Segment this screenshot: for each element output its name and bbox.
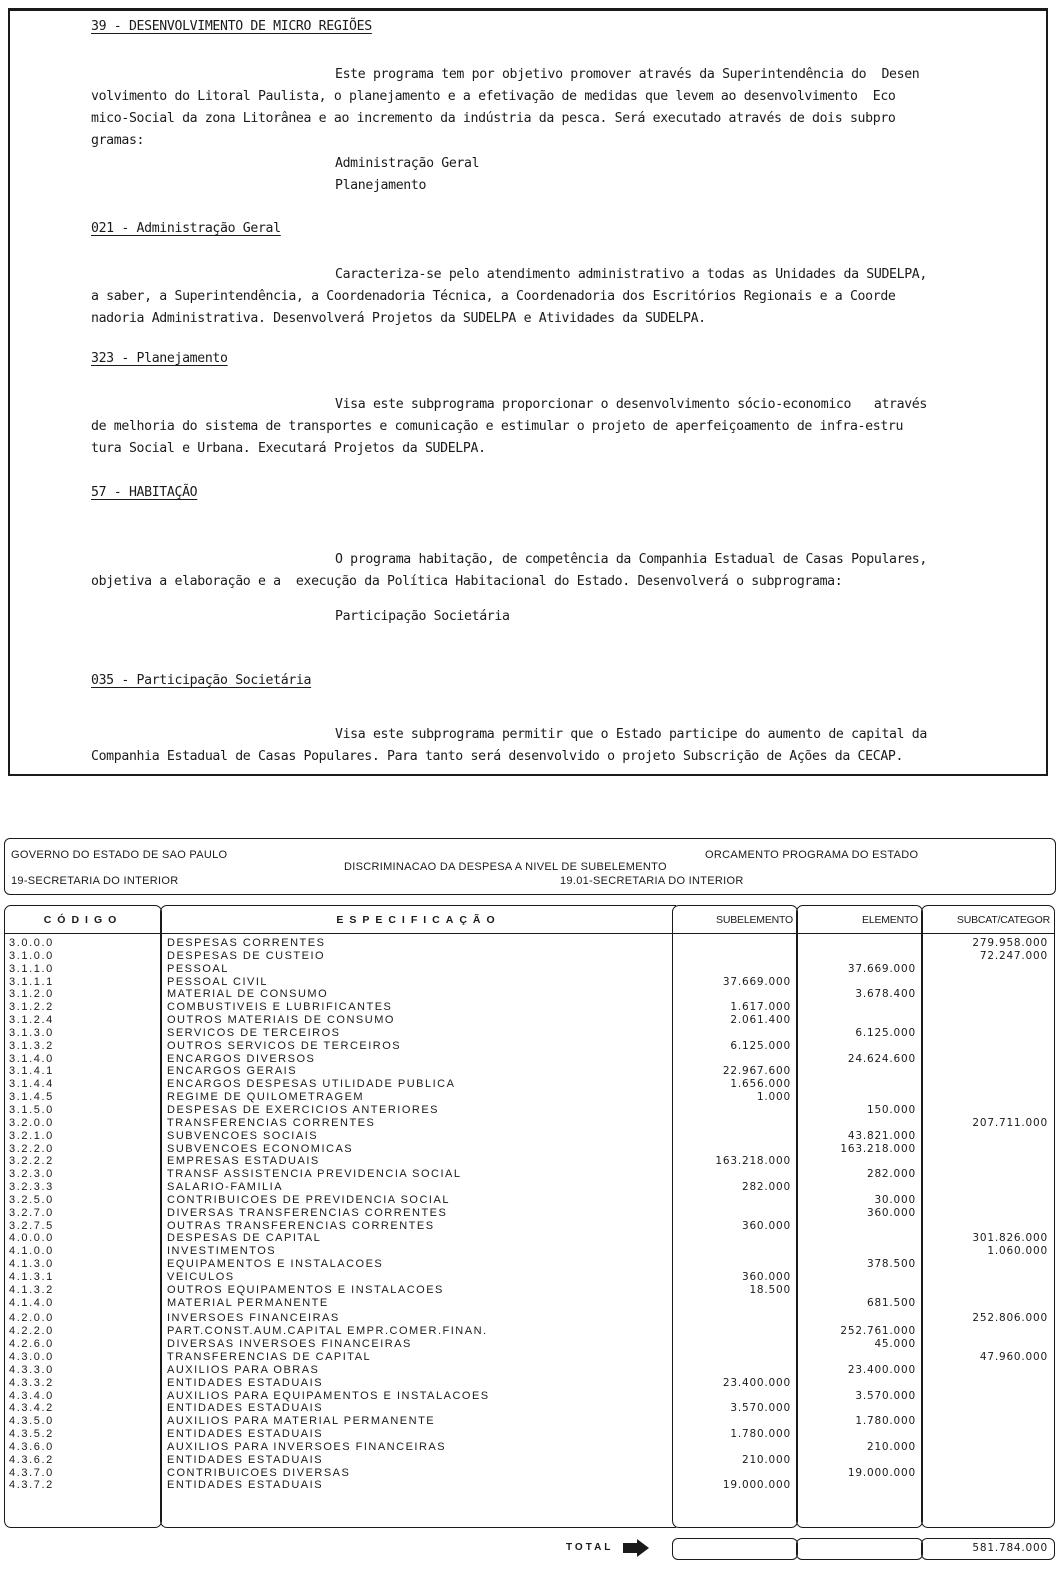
table-cell-elem xyxy=(797,1479,922,1492)
table-cell-spec: DIVERSAS TRANSFERENCIAS CORRENTES xyxy=(161,1207,676,1220)
table-cell-code: 4.0.0.0 xyxy=(5,1232,161,1245)
section-heading-035: 035 - Participação Societária xyxy=(91,673,311,689)
table-cell-elem xyxy=(797,937,922,950)
table-cell-cat xyxy=(922,1194,1054,1207)
table-cell-cat: 252.806.000 xyxy=(922,1312,1054,1325)
table-cell-sub: 282.000 xyxy=(673,1181,797,1194)
table-cell-elem: 681.500 xyxy=(797,1297,922,1310)
table-cell-sub: 3.570.000 xyxy=(673,1402,797,1415)
table-cell-sub: 2.061.400 xyxy=(673,1014,797,1027)
table-cell-sub xyxy=(673,1338,797,1351)
table-cell-sub: 18.500 xyxy=(673,1284,797,1297)
table-cell-spec: SERVICOS DE TERCEIROS xyxy=(161,1027,676,1040)
paragraph-line: Este programa tem por objetivo promover … xyxy=(335,67,919,83)
table-cell-elem xyxy=(797,1402,922,1415)
table-cell-sub xyxy=(673,1312,797,1325)
table-cell-spec: ENCARGOS GERAIS xyxy=(161,1065,676,1078)
table-cell-spec: OUTROS EQUIPAMENTOS E INSTALACOES xyxy=(161,1284,676,1297)
table-cell-spec: CONTRIBUICOES DIVERSAS xyxy=(161,1467,676,1480)
paragraph-line: volvimento do Litoral Paulista, o planej… xyxy=(91,89,896,105)
table-cell-spec: SUBVENCOES SOCIAIS xyxy=(161,1130,676,1143)
column-header-especificacao: ESPECIFICAÇÃO xyxy=(161,906,676,934)
table-cell-elem xyxy=(797,1245,922,1258)
table-cell-elem xyxy=(797,950,922,963)
section-heading-323: 323 - Planejamento xyxy=(91,351,228,367)
table-cell-spec: COMBUSTIVEIS E LUBRIFICANTES xyxy=(161,1001,676,1014)
table-cell-sub: 360.000 xyxy=(673,1271,797,1284)
table-cell-cat xyxy=(922,1390,1054,1403)
table-cell-elem xyxy=(797,1284,922,1297)
table-cell-elem: 210.000 xyxy=(797,1441,922,1454)
table-cell-cat xyxy=(922,1364,1054,1377)
table-cell-elem: 252.761.000 xyxy=(797,1325,922,1338)
table-cell-sub: 23.400.000 xyxy=(673,1377,797,1390)
table-cell-cat xyxy=(922,1168,1054,1181)
table-cell-elem: 150.000 xyxy=(797,1104,922,1117)
table-cell-cat xyxy=(922,1297,1054,1310)
table-cell-elem xyxy=(797,976,922,989)
table-cell-code: 4.1.3.1 xyxy=(5,1271,161,1284)
table-cell-sub xyxy=(673,1325,797,1338)
table-cell-spec: MATERIAL PERMANENTE xyxy=(161,1297,676,1310)
paragraph-line: nadoria Administrativa. Desenvolverá Pro… xyxy=(91,311,706,327)
table-cell-cat xyxy=(922,1143,1054,1156)
column-header-elemento: ELEMENTO xyxy=(797,906,922,934)
table-cell-cat xyxy=(922,1220,1054,1233)
table-cell-spec: DIVERSAS INVERSOES FINANCEIRAS xyxy=(161,1338,676,1351)
table-cell-code: 3.1.2.4 xyxy=(5,1014,161,1027)
paragraph-line: tura Social e Urbana. Executará Projetos… xyxy=(91,441,486,457)
paragraph-line: Caracteriza-se pelo atendimento administ… xyxy=(335,267,927,283)
program-description-section: 39 - DESENVOLVIMENTO DE MICRO REGIÕES Es… xyxy=(8,8,1048,776)
column-header-subelemento: SUBELEMENTO xyxy=(673,906,797,934)
unit-name: 19.01-SECRETARIA DO INTERIOR xyxy=(560,875,744,887)
table-cell-code: 4.2.2.0 xyxy=(5,1325,161,1338)
section-heading-021: 021 - Administração Geral xyxy=(91,221,281,237)
column-header-codigo: CÓDIGO xyxy=(5,906,161,934)
table-cell-cat xyxy=(922,1155,1054,1168)
table-cell-elem xyxy=(797,1312,922,1325)
column-subelemento: SUBELEMENTO 37.669.0001.617.0002.061.400… xyxy=(672,905,798,1528)
table-cell-cat xyxy=(922,1415,1054,1428)
table-cell-cat xyxy=(922,1258,1054,1271)
table-cell-code: 3.1.2.0 xyxy=(5,988,161,1001)
subprogram-list-item: Planejamento xyxy=(335,178,426,194)
table-cell-code: 4.1.0.0 xyxy=(5,1245,161,1258)
table-cell-cat xyxy=(922,1428,1054,1441)
section-heading-39: 39 - DESENVOLVIMENTO DE MICRO REGIÕES xyxy=(91,19,372,35)
table-cell-cat xyxy=(922,963,1054,976)
total-label: TOTAL xyxy=(566,1542,613,1553)
table-cell-sub xyxy=(673,1130,797,1143)
table-cell-elem xyxy=(797,1117,922,1130)
table-cell-spec: ENTIDADES ESTADUAIS xyxy=(161,1402,676,1415)
table-cell-elem: 24.624.600 xyxy=(797,1053,922,1066)
table-cell-cat xyxy=(922,1078,1054,1091)
table-cell-cat xyxy=(922,1014,1054,1027)
table-cell-sub xyxy=(673,950,797,963)
table-cell-spec: CONTRIBUICOES DE PREVIDENCIA SOCIAL xyxy=(161,1194,676,1207)
table-cell-elem: 37.669.000 xyxy=(797,963,922,976)
table-cell-sub xyxy=(673,1245,797,1258)
table-cell-sub xyxy=(673,1390,797,1403)
table-cell-sub: 37.669.000 xyxy=(673,976,797,989)
table-cell-elem: 19.000.000 xyxy=(797,1467,922,1480)
table-cell-spec: OUTROS MATERIAIS DE CONSUMO xyxy=(161,1014,676,1027)
table-cell-spec: REGIME DE QUILOMETRAGEM xyxy=(161,1091,676,1104)
table-cell-spec: AUXILIOS PARA MATERIAL PERMANENTE xyxy=(161,1415,676,1428)
table-cell-spec: DESPESAS DE CUSTEIO xyxy=(161,950,676,963)
table-cell-cat xyxy=(922,1271,1054,1284)
table-cell-elem xyxy=(797,1078,922,1091)
table-cell-sub xyxy=(673,1027,797,1040)
table-cell-spec: INVERSOES FINANCEIRAS xyxy=(161,1312,676,1325)
table-cell-sub: 22.967.600 xyxy=(673,1065,797,1078)
table-cell-cat: 47.960.000 xyxy=(922,1351,1054,1364)
table-cell-code: 3.2.3.3 xyxy=(5,1181,161,1194)
table-cell-code: 4.3.7.2 xyxy=(5,1479,161,1492)
table-cell-cat xyxy=(922,988,1054,1001)
paragraph-line: Visa este subprograma permitir que o Est… xyxy=(335,727,927,743)
table-cell-spec: VEICULOS xyxy=(161,1271,676,1284)
categoria-cells: 279.958.00072.247.000207.711.000301.826.… xyxy=(922,937,1054,1492)
table-cell-spec: TRANSFERENCIAS CORRENTES xyxy=(161,1117,676,1130)
table-cell-cat xyxy=(922,1402,1054,1415)
table-cell-cat xyxy=(922,1040,1054,1053)
table-cell-elem: 282.000 xyxy=(797,1168,922,1181)
table-cell-cat xyxy=(922,1181,1054,1194)
table-cell-spec: DESPESAS DE CAPITAL xyxy=(161,1232,676,1245)
table-cell-cat: 279.958.000 xyxy=(922,937,1054,950)
table-cell-sub xyxy=(673,1053,797,1066)
table-cell-elem: 3.678.400 xyxy=(797,988,922,1001)
table-cell-code: 4.1.3.0 xyxy=(5,1258,161,1271)
table-cell-cat xyxy=(922,1065,1054,1078)
table-cell-sub xyxy=(673,1168,797,1181)
secretariat-name: 19-SECRETARIA DO INTERIOR xyxy=(11,875,178,887)
table-cell-cat xyxy=(922,1130,1054,1143)
table-cell-code: 4.2.0.0 xyxy=(5,1312,161,1325)
table-cell-spec: PESSOAL xyxy=(161,963,676,976)
table-cell-elem: 43.821.000 xyxy=(797,1130,922,1143)
table-cell-cat xyxy=(922,1207,1054,1220)
table-cell-spec: MATERIAL DE CONSUMO xyxy=(161,988,676,1001)
paragraph-line: gramas: xyxy=(91,133,144,149)
table-cell-elem xyxy=(797,1181,922,1194)
table-cell-sub: 6.125.000 xyxy=(673,1040,797,1053)
table-cell-code: 3.1.2.2 xyxy=(5,1001,161,1014)
table-cell-code: 4.3.4.2 xyxy=(5,1402,161,1415)
table-cell-elem xyxy=(797,1091,922,1104)
table-cell-code: 4.3.5.2 xyxy=(5,1428,161,1441)
column-codigo: CÓDIGO 3.0.0.03.1.0.03.1.1.03.1.1.13.1.2… xyxy=(4,905,162,1528)
subprogram-list-item: Participação Societária xyxy=(335,609,510,625)
table-cell-elem xyxy=(797,1001,922,1014)
table-cell-code: 3.2.5.0 xyxy=(5,1194,161,1207)
table-cell-code: 3.2.7.0 xyxy=(5,1207,161,1220)
table-cell-sub xyxy=(673,1441,797,1454)
table-cell-code: 3.2.0.0 xyxy=(5,1117,161,1130)
table-cell-spec: PESSOAL CIVIL xyxy=(161,976,676,989)
table-cell-code: 3.1.0.0 xyxy=(5,950,161,963)
table-cell-sub xyxy=(673,1467,797,1480)
codigo-cells: 3.0.0.03.1.0.03.1.1.03.1.1.13.1.2.03.1.2… xyxy=(5,937,161,1492)
table-cell-spec: SALARIO-FAMILIA xyxy=(161,1181,676,1194)
paragraph-line: objetiva a elaboração e a execução da Po… xyxy=(91,574,842,590)
table-cell-elem xyxy=(797,1271,922,1284)
table-cell-code: 3.1.4.0 xyxy=(5,1053,161,1066)
table-cell-elem: 6.125.000 xyxy=(797,1027,922,1040)
table-cell-elem xyxy=(797,1232,922,1245)
table-cell-code: 3.1.3.0 xyxy=(5,1027,161,1040)
table-cell-spec: DESPESAS CORRENTES xyxy=(161,937,676,950)
table-cell-elem xyxy=(797,1377,922,1390)
table-cell-code: 3.2.7.5 xyxy=(5,1220,161,1233)
table-cell-sub xyxy=(673,1194,797,1207)
table-cell-spec: ENCARGOS DESPESAS UTILIDADE PUBLICA xyxy=(161,1078,676,1091)
especificacao-cells: DESPESAS CORRENTESDESPESAS DE CUSTEIOPES… xyxy=(161,937,676,1492)
table-cell-spec: DESPESAS DE EXERCICIOS ANTERIORES xyxy=(161,1104,676,1117)
paragraph-line: Companhia Estadual de Casas Populares. P… xyxy=(91,749,903,765)
table-cell-code: 4.3.7.0 xyxy=(5,1467,161,1480)
column-elemento: ELEMENTO 37.669.0003.678.4006.125.00024.… xyxy=(796,905,923,1528)
table-cell-spec: EQUIPAMENTOS E INSTALACOES xyxy=(161,1258,676,1271)
table-cell-spec: TRANSFERENCIAS DE CAPITAL xyxy=(161,1351,676,1364)
table-cell-spec: TRANSF ASSISTENCIA PREVIDENCIA SOCIAL xyxy=(161,1168,676,1181)
table-cell-sub: 19.000.000 xyxy=(673,1479,797,1492)
table-cell-sub: 1.656.000 xyxy=(673,1078,797,1091)
expense-table: CÓDIGO 3.0.0.03.1.0.03.1.1.03.1.1.13.1.2… xyxy=(4,905,1056,1555)
table-cell-elem xyxy=(797,1428,922,1441)
table-cell-spec: AUXILIOS PARA INVERSOES FINANCEIRAS xyxy=(161,1441,676,1454)
table-cell-code: 3.1.1.1 xyxy=(5,976,161,989)
table-cell-code: 3.2.2.0 xyxy=(5,1143,161,1156)
table-cell-sub xyxy=(673,1258,797,1271)
table-cell-sub: 163.218.000 xyxy=(673,1155,797,1168)
table-cell-elem: 378.500 xyxy=(797,1258,922,1271)
table-cell-code: 4.3.3.2 xyxy=(5,1377,161,1390)
table-cell-sub: 1.000 xyxy=(673,1091,797,1104)
table-cell-spec: ENCARGOS DIVERSOS xyxy=(161,1053,676,1066)
table-cell-code: 3.2.2.2 xyxy=(5,1155,161,1168)
table-cell-code: 4.3.6.2 xyxy=(5,1454,161,1467)
table-cell-code: 4.3.4.0 xyxy=(5,1390,161,1403)
total-elemento xyxy=(796,1538,923,1560)
table-cell-elem xyxy=(797,1155,922,1168)
table-cell-code: 4.3.0.0 xyxy=(5,1351,161,1364)
table-cell-elem: 360.000 xyxy=(797,1207,922,1220)
table-cell-sub: 1.780.000 xyxy=(673,1428,797,1441)
section-heading-57: 57 - HABITAÇÃO xyxy=(91,485,197,501)
table-cell-cat xyxy=(922,1027,1054,1040)
table-cell-cat xyxy=(922,976,1054,989)
table-cell-cat xyxy=(922,1053,1054,1066)
table-cell-code: 4.1.4.0 xyxy=(5,1297,161,1310)
table-cell-cat xyxy=(922,1467,1054,1480)
table-cell-cat xyxy=(922,1284,1054,1297)
paragraph-line: mico-Social da zona Litorânea e ao incre… xyxy=(91,111,896,127)
table-cell-elem: 163.218.000 xyxy=(797,1143,922,1156)
table-cell-sub xyxy=(673,1143,797,1156)
table-cell-code: 4.3.3.0 xyxy=(5,1364,161,1377)
table-cell-code: 3.1.3.2 xyxy=(5,1040,161,1053)
table-cell-code: 3.1.4.4 xyxy=(5,1078,161,1091)
table-cell-cat xyxy=(922,1479,1054,1492)
table-cell-sub xyxy=(673,988,797,1001)
elemento-cells: 37.669.0003.678.4006.125.00024.624.60015… xyxy=(797,937,922,1492)
table-cell-spec: OUTRAS TRANSFERENCIAS CORRENTES xyxy=(161,1220,676,1233)
table-cell-elem xyxy=(797,1040,922,1053)
table-cell-elem xyxy=(797,1065,922,1078)
table-cell-code: 3.0.0.0 xyxy=(5,937,161,950)
table-cell-code: 4.2.6.0 xyxy=(5,1338,161,1351)
table-cell-sub: 210.000 xyxy=(673,1454,797,1467)
table-cell-cat xyxy=(922,1454,1054,1467)
table-cell-code: 4.3.6.0 xyxy=(5,1441,161,1454)
table-cell-spec: ENTIDADES ESTADUAIS xyxy=(161,1479,676,1492)
table-cell-code: 4.3.5.0 xyxy=(5,1415,161,1428)
table-cell-code: 3.2.1.0 xyxy=(5,1130,161,1143)
table-cell-elem xyxy=(797,1454,922,1467)
subelemento-cells: 37.669.0001.617.0002.061.4006.125.00022.… xyxy=(673,937,797,1492)
paragraph-line: a saber, a Superintendência, a Coordenad… xyxy=(91,289,896,305)
table-cell-cat xyxy=(922,1325,1054,1338)
table-cell-spec: EMPRESAS ESTADUAIS xyxy=(161,1155,676,1168)
table-cell-spec: PART.CONST.AUM.CAPITAL EMPR.COMER.FINAN. xyxy=(161,1325,676,1338)
table-cell-sub xyxy=(673,1297,797,1310)
table-cell-sub xyxy=(673,1232,797,1245)
table-cell-cat xyxy=(922,1001,1054,1014)
table-cell-elem xyxy=(797,1220,922,1233)
table-cell-cat: 301.826.000 xyxy=(922,1232,1054,1245)
table-cell-elem: 3.570.000 xyxy=(797,1390,922,1403)
table-cell-sub xyxy=(673,963,797,976)
table-cell-spec: AUXILIOS PARA OBRAS xyxy=(161,1364,676,1377)
report-title: DISCRIMINACAO DA DESPESA A NIVEL DE SUBE… xyxy=(344,861,667,873)
table-cell-cat xyxy=(922,1338,1054,1351)
table-cell-elem: 23.400.000 xyxy=(797,1364,922,1377)
paragraph-line: O programa habitação, de competência da … xyxy=(335,552,927,568)
column-categoria: SUBCAT/CATEGOR 279.958.00072.247.000207.… xyxy=(921,905,1055,1528)
table-cell-spec: OUTROS SERVICOS DE TERCEIROS xyxy=(161,1040,676,1053)
subprogram-list-item: Administração Geral xyxy=(335,156,479,172)
paragraph-line: de melhoria do sistema de transportes e … xyxy=(91,419,903,435)
table-cell-sub xyxy=(673,1364,797,1377)
report-header: GOVERNO DO ESTADO DE SAO PAULO ORCAMENTO… xyxy=(4,838,1056,895)
table-cell-sub: 1.617.000 xyxy=(673,1001,797,1014)
table-cell-cat xyxy=(922,1441,1054,1454)
arrow-right-icon xyxy=(622,1538,650,1558)
table-cell-elem xyxy=(797,1351,922,1364)
total-categoria: 581.784.000 xyxy=(921,1538,1055,1560)
table-cell-code: 4.1.3.2 xyxy=(5,1284,161,1297)
table-cell-sub xyxy=(673,1104,797,1117)
table-cell-code: 3.1.4.5 xyxy=(5,1091,161,1104)
table-cell-elem: 1.780.000 xyxy=(797,1415,922,1428)
table-cell-spec: ENTIDADES ESTADUAIS xyxy=(161,1428,676,1441)
table-cell-spec: ENTIDADES ESTADUAIS xyxy=(161,1377,676,1390)
table-cell-cat: 72.247.000 xyxy=(922,950,1054,963)
table-cell-code: 3.1.1.0 xyxy=(5,963,161,976)
table-cell-cat: 1.060.000 xyxy=(922,1245,1054,1258)
government-name: GOVERNO DO ESTADO DE SAO PAULO xyxy=(11,849,227,861)
total-subelemento xyxy=(672,1538,798,1560)
table-cell-spec: AUXILIOS PARA EQUIPAMENTOS E INSTALACOES xyxy=(161,1390,676,1403)
table-cell-cat xyxy=(922,1377,1054,1390)
table-cell-elem: 45.000 xyxy=(797,1338,922,1351)
table-cell-cat xyxy=(922,1104,1054,1117)
table-cell-sub xyxy=(673,1117,797,1130)
table-cell-cat: 207.711.000 xyxy=(922,1117,1054,1130)
paragraph-line: Visa este subprograma proporcionar o des… xyxy=(335,397,927,413)
table-cell-sub xyxy=(673,1415,797,1428)
table-cell-sub xyxy=(673,1207,797,1220)
table-cell-code: 3.2.3.0 xyxy=(5,1168,161,1181)
table-cell-code: 3.1.4.1 xyxy=(5,1065,161,1078)
column-header-categoria: SUBCAT/CATEGOR xyxy=(922,906,1054,934)
table-cell-sub xyxy=(673,1351,797,1364)
table-cell-code: 3.1.5.0 xyxy=(5,1104,161,1117)
table-cell-spec: SUBVENCOES ECONOMICAS xyxy=(161,1143,676,1156)
table-cell-spec: ENTIDADES ESTADUAIS xyxy=(161,1454,676,1467)
table-cell-cat xyxy=(922,1091,1054,1104)
table-cell-elem xyxy=(797,1014,922,1027)
column-especificacao: ESPECIFICAÇÃO DESPESAS CORRENTESDESPESAS… xyxy=(160,905,676,1528)
table-cell-sub xyxy=(673,937,797,950)
budget-title: ORCAMENTO PROGRAMA DO ESTADO xyxy=(705,849,918,861)
table-cell-spec: INVESTIMENTOS xyxy=(161,1245,676,1258)
table-cell-sub: 360.000 xyxy=(673,1220,797,1233)
table-cell-elem: 30.000 xyxy=(797,1194,922,1207)
